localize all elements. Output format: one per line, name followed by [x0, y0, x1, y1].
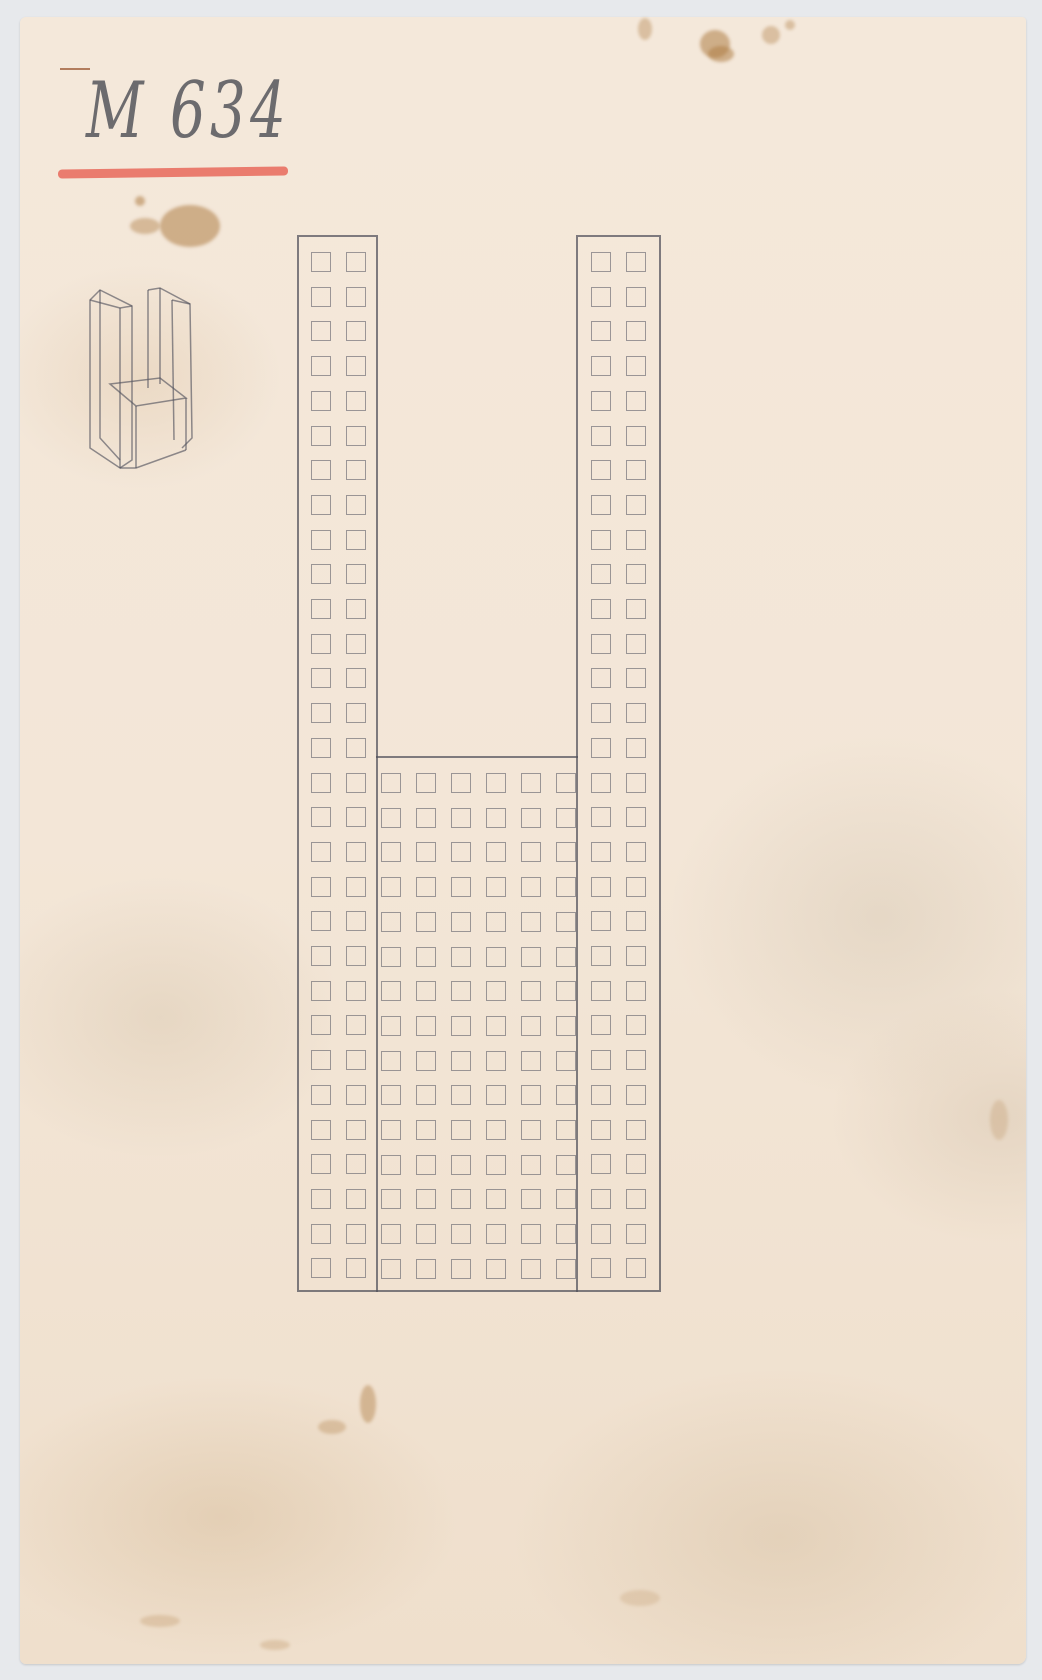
middle-block-window — [521, 1259, 541, 1279]
middle-block-window — [416, 1016, 436, 1036]
middle-block-window — [521, 912, 541, 932]
left-tower-window — [346, 634, 366, 654]
right-tower-window — [591, 1189, 611, 1209]
right-tower-window — [591, 356, 611, 376]
left-tower-window — [311, 1120, 331, 1140]
middle-block-window — [556, 1155, 576, 1175]
middle-block-window — [521, 773, 541, 793]
middle-block-window — [521, 1120, 541, 1140]
left-tower-window — [346, 842, 366, 862]
right-tower-window — [591, 1085, 611, 1105]
left-tower-window — [346, 495, 366, 515]
left-tower-window — [346, 738, 366, 758]
middle-block-window — [451, 1120, 471, 1140]
middle-block-window — [556, 877, 576, 897]
middle-block-window — [381, 842, 401, 862]
middle-block-window — [416, 912, 436, 932]
right-tower-window — [626, 1085, 646, 1105]
middle-block-window — [451, 1259, 471, 1279]
right-tower-window — [591, 1224, 611, 1244]
right-tower-window — [591, 1120, 611, 1140]
left-tower-window — [346, 1154, 366, 1174]
right-tower-window — [591, 773, 611, 793]
right-tower-window — [591, 634, 611, 654]
middle-block-window — [486, 877, 506, 897]
middle-block-window — [451, 842, 471, 862]
middle-block-window — [521, 947, 541, 967]
middle-block-window — [556, 773, 576, 793]
left-tower-window — [311, 564, 331, 584]
right-tower-window — [591, 391, 611, 411]
middle-block-window — [416, 808, 436, 828]
right-tower-window — [591, 1258, 611, 1278]
middle-block-window — [486, 981, 506, 1001]
right-tower-window — [591, 842, 611, 862]
left-tower-window — [346, 1050, 366, 1070]
middle-block-window — [451, 981, 471, 1001]
left-tower-window — [346, 1224, 366, 1244]
right-tower-window — [626, 911, 646, 931]
left-tower-window — [346, 564, 366, 584]
middle-block-window — [556, 912, 576, 932]
right-tower-window — [591, 495, 611, 515]
right-tower-outline — [576, 235, 661, 1292]
middle-block-window — [416, 1224, 436, 1244]
middle-block-window — [521, 877, 541, 897]
left-tower-window — [311, 1258, 331, 1278]
right-tower-window — [591, 530, 611, 550]
middle-block-window — [486, 1189, 506, 1209]
ink-mark — [60, 68, 90, 70]
right-tower-window — [591, 981, 611, 1001]
middle-block-window — [451, 947, 471, 967]
right-tower-window — [591, 1154, 611, 1174]
middle-block-outline — [376, 756, 578, 1292]
middle-block-window — [381, 808, 401, 828]
middle-block-window — [556, 981, 576, 1001]
right-tower-window — [591, 946, 611, 966]
middle-block-window — [451, 912, 471, 932]
middle-block-window — [381, 773, 401, 793]
left-tower-window — [311, 1085, 331, 1105]
right-tower-window — [591, 1050, 611, 1070]
middle-block-window — [521, 842, 541, 862]
right-tower-window — [591, 564, 611, 584]
middle-block-window — [556, 1016, 576, 1036]
middle-block-window — [416, 842, 436, 862]
right-tower-window — [591, 668, 611, 688]
left-tower-window — [346, 252, 366, 272]
middle-block-window — [556, 842, 576, 862]
right-tower-window — [626, 287, 646, 307]
left-tower-window — [311, 981, 331, 1001]
left-tower-window — [346, 1120, 366, 1140]
middle-block-window — [556, 1259, 576, 1279]
middle-block-window — [521, 1085, 541, 1105]
right-tower-window — [626, 877, 646, 897]
right-tower-window — [626, 738, 646, 758]
middle-block-window — [416, 1051, 436, 1071]
left-tower-window — [346, 703, 366, 723]
middle-block-window — [556, 1224, 576, 1244]
right-tower-window — [626, 599, 646, 619]
right-tower-window — [626, 946, 646, 966]
middle-block-window — [451, 877, 471, 897]
left-tower-window — [346, 530, 366, 550]
left-tower-window — [311, 495, 331, 515]
left-tower-window — [311, 599, 331, 619]
middle-block-window — [416, 1155, 436, 1175]
right-tower-window — [591, 599, 611, 619]
left-tower-window — [346, 946, 366, 966]
left-tower-window — [346, 356, 366, 376]
left-tower-window — [311, 842, 331, 862]
middle-block-window — [521, 1155, 541, 1175]
right-tower-window — [626, 668, 646, 688]
left-tower-window — [311, 807, 331, 827]
middle-block-window — [556, 1120, 576, 1140]
right-tower-window — [626, 252, 646, 272]
right-tower-window — [591, 1015, 611, 1035]
middle-block-window — [381, 877, 401, 897]
middle-block-window — [381, 1016, 401, 1036]
middle-block-window — [451, 1155, 471, 1175]
middle-block-window — [416, 877, 436, 897]
right-tower-window — [591, 287, 611, 307]
right-tower-window — [591, 807, 611, 827]
left-tower-window — [311, 668, 331, 688]
right-tower-window — [626, 703, 646, 723]
left-tower-window — [311, 1189, 331, 1209]
middle-block-window — [451, 1189, 471, 1209]
middle-block-window — [451, 1224, 471, 1244]
right-tower-window — [591, 426, 611, 446]
middle-block-window — [556, 947, 576, 967]
left-tower-window — [346, 426, 366, 446]
left-tower-window — [311, 1154, 331, 1174]
middle-block-window — [521, 981, 541, 1001]
middle-block-window — [486, 912, 506, 932]
middle-block-window — [486, 808, 506, 828]
middle-block-window — [416, 1189, 436, 1209]
left-tower-window — [346, 287, 366, 307]
left-tower-window — [346, 877, 366, 897]
left-tower-window — [346, 460, 366, 480]
right-tower-window — [591, 703, 611, 723]
middle-block-window — [381, 981, 401, 1001]
left-tower-window — [311, 911, 331, 931]
left-tower-window — [346, 911, 366, 931]
middle-block-window — [521, 1016, 541, 1036]
left-tower-window — [311, 1224, 331, 1244]
middle-block-window — [451, 1085, 471, 1105]
right-tower-window — [626, 460, 646, 480]
middle-block-window — [521, 1189, 541, 1209]
left-tower-window — [311, 530, 331, 550]
middle-block-window — [381, 1259, 401, 1279]
middle-block-window — [381, 947, 401, 967]
right-tower-window — [591, 738, 611, 758]
catalog-number-label: M 634 — [86, 66, 290, 156]
middle-block-window — [486, 1085, 506, 1105]
left-tower-window — [346, 1258, 366, 1278]
right-tower-window — [626, 1015, 646, 1035]
left-tower-window — [311, 321, 331, 341]
middle-block-window — [486, 1259, 506, 1279]
middle-block-window — [381, 1189, 401, 1209]
right-tower-window — [591, 911, 611, 931]
left-tower-window — [311, 426, 331, 446]
left-tower-window — [346, 807, 366, 827]
right-tower-window — [591, 460, 611, 480]
middle-block-window — [416, 1085, 436, 1105]
middle-block-window — [556, 808, 576, 828]
middle-block-window — [556, 1085, 576, 1105]
right-tower-window — [626, 1154, 646, 1174]
middle-block-window — [381, 1224, 401, 1244]
left-tower-window — [346, 1015, 366, 1035]
right-tower-window — [626, 634, 646, 654]
left-tower-window — [311, 356, 331, 376]
middle-block-window — [381, 1051, 401, 1071]
right-tower-window — [626, 426, 646, 446]
left-tower-window — [311, 460, 331, 480]
middle-block-window — [381, 1120, 401, 1140]
left-tower-window — [311, 287, 331, 307]
right-tower-window — [626, 530, 646, 550]
middle-block-window — [451, 773, 471, 793]
right-tower-window — [626, 1224, 646, 1244]
right-tower-window — [626, 1189, 646, 1209]
middle-block-window — [486, 1120, 506, 1140]
left-tower-window — [346, 1189, 366, 1209]
right-tower-window — [626, 981, 646, 1001]
middle-block-window — [416, 947, 436, 967]
left-tower-window — [311, 738, 331, 758]
middle-block-window — [381, 912, 401, 932]
middle-block-window — [451, 1051, 471, 1071]
left-tower-window — [311, 703, 331, 723]
right-tower-window — [626, 356, 646, 376]
left-tower-window — [346, 981, 366, 1001]
right-tower-window — [626, 564, 646, 584]
middle-block-window — [381, 1155, 401, 1175]
right-tower-window — [591, 877, 611, 897]
middle-block-window — [486, 842, 506, 862]
left-tower-window — [311, 391, 331, 411]
left-tower-window — [311, 946, 331, 966]
left-tower-window — [311, 877, 331, 897]
left-tower-window — [346, 773, 366, 793]
middle-block-window — [381, 1085, 401, 1105]
middle-block-window — [521, 1051, 541, 1071]
right-tower-window — [626, 391, 646, 411]
middle-block-window — [556, 1189, 576, 1209]
right-tower-window — [626, 1120, 646, 1140]
left-tower-window — [311, 1015, 331, 1035]
right-tower-window — [591, 321, 611, 341]
right-tower-window — [591, 252, 611, 272]
middle-block-window — [486, 1016, 506, 1036]
middle-block-window — [556, 1051, 576, 1071]
middle-block-window — [521, 1224, 541, 1244]
middle-block-window — [486, 947, 506, 967]
right-tower-window — [626, 773, 646, 793]
right-tower-window — [626, 495, 646, 515]
middle-block-window — [416, 1120, 436, 1140]
middle-block-window — [451, 808, 471, 828]
left-tower-window — [346, 321, 366, 341]
middle-block-window — [486, 1224, 506, 1244]
left-tower-window — [346, 668, 366, 688]
left-tower-window — [346, 391, 366, 411]
right-tower-window — [626, 842, 646, 862]
left-tower-window — [346, 599, 366, 619]
middle-block-window — [486, 1051, 506, 1071]
middle-block-window — [486, 1155, 506, 1175]
middle-block-window — [416, 981, 436, 1001]
left-tower-window — [346, 1085, 366, 1105]
right-tower-window — [626, 1258, 646, 1278]
middle-block-window — [416, 1259, 436, 1279]
perspective-sketch-icon — [88, 288, 218, 468]
left-tower-window — [311, 1050, 331, 1070]
middle-block-window — [521, 808, 541, 828]
left-tower-window — [311, 634, 331, 654]
left-tower-window — [311, 773, 331, 793]
right-tower-window — [626, 1050, 646, 1070]
middle-block-window — [486, 773, 506, 793]
middle-block-window — [451, 1016, 471, 1036]
left-tower-window — [311, 252, 331, 272]
right-tower-window — [626, 321, 646, 341]
middle-block-window — [416, 773, 436, 793]
right-tower-window — [626, 807, 646, 827]
